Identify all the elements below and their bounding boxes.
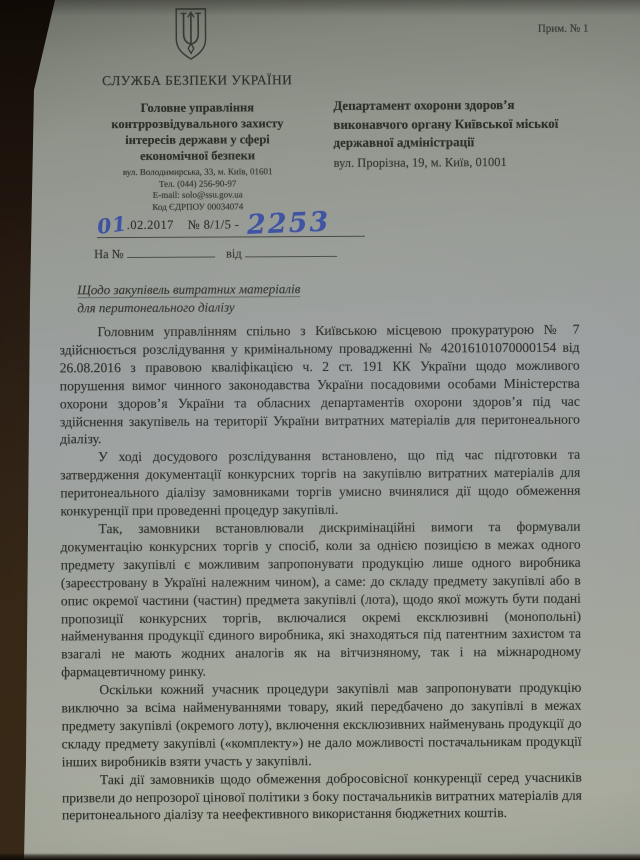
reply-date-blank [245, 244, 337, 257]
body-paragraph: Оскільки кожний учасник процедури закупі… [61, 679, 581, 771]
subject-block: Щодо закупівель витратних матеріалів для… [77, 280, 397, 317]
sender-title-line: Головне управління [51, 99, 343, 117]
reference-number-label: № 8/1/5 - [188, 217, 240, 231]
copy-number-note: Прим. № 1 [538, 23, 589, 35]
body-paragraph: У ході досудового розслідування встановл… [60, 446, 580, 520]
handwritten-day: 01 [96, 211, 129, 239]
outgoing-reference-line: 01.02.2017 № 8/1/5 - 2253 [97, 204, 365, 238]
printed-date: .02.2017 [127, 218, 174, 232]
sender-title-line: контррозвідувального захисту [51, 115, 343, 133]
letter-body: Головним управлінням спільно з Київською… [59, 321, 582, 825]
sender-title-line: інтересів держави у сфері [51, 131, 343, 149]
recipient-name-line: виконавчого органу Київської міської [333, 114, 605, 134]
recipient-name-line: Департамент охорони здоров’я [333, 96, 605, 116]
ukraine-trident-icon [174, 7, 208, 61]
recipient-block: Департамент охорони здоров’я виконавчого… [333, 96, 605, 172]
reply-number-blank [127, 245, 215, 258]
reply-na-label: На № [94, 247, 124, 261]
reply-reference-line: На № від [94, 244, 337, 262]
recipient-address: вул. Прорізна, 19, м. Київ, 01001 [334, 152, 606, 172]
recipient-name-line: державної адміністрації [333, 133, 605, 153]
sender-department: Головне управління контррозвідувального … [51, 99, 343, 165]
sender-title-line: економічної безпеки [52, 147, 344, 165]
subject-line-1: Щодо закупівель витратних матеріалів [77, 281, 300, 298]
document-photo: Прим. № 1 СЛУЖБА БЕЗПЕКИ УКРАЇНИ Головне… [0, 0, 640, 860]
agency-name: СЛУЖБА БЕЗПЕКИ УКРАЇНИ [56, 72, 338, 89]
reply-vid-label: від [226, 246, 242, 260]
body-paragraph: Такі дії замовників щодо обмеження добро… [62, 768, 582, 824]
letter-content: Прим. № 1 СЛУЖБА БЕЗПЕКИ УКРАЇНИ Головне… [0, 0, 640, 860]
handwritten-number: 2253 [247, 207, 331, 241]
body-paragraph: Так, замовники встановлювали дискримінац… [60, 518, 581, 682]
subject-line-2: для перитонеального діалізу [77, 297, 397, 316]
body-paragraph: Головним управлінням спільно з Київською… [59, 321, 580, 449]
